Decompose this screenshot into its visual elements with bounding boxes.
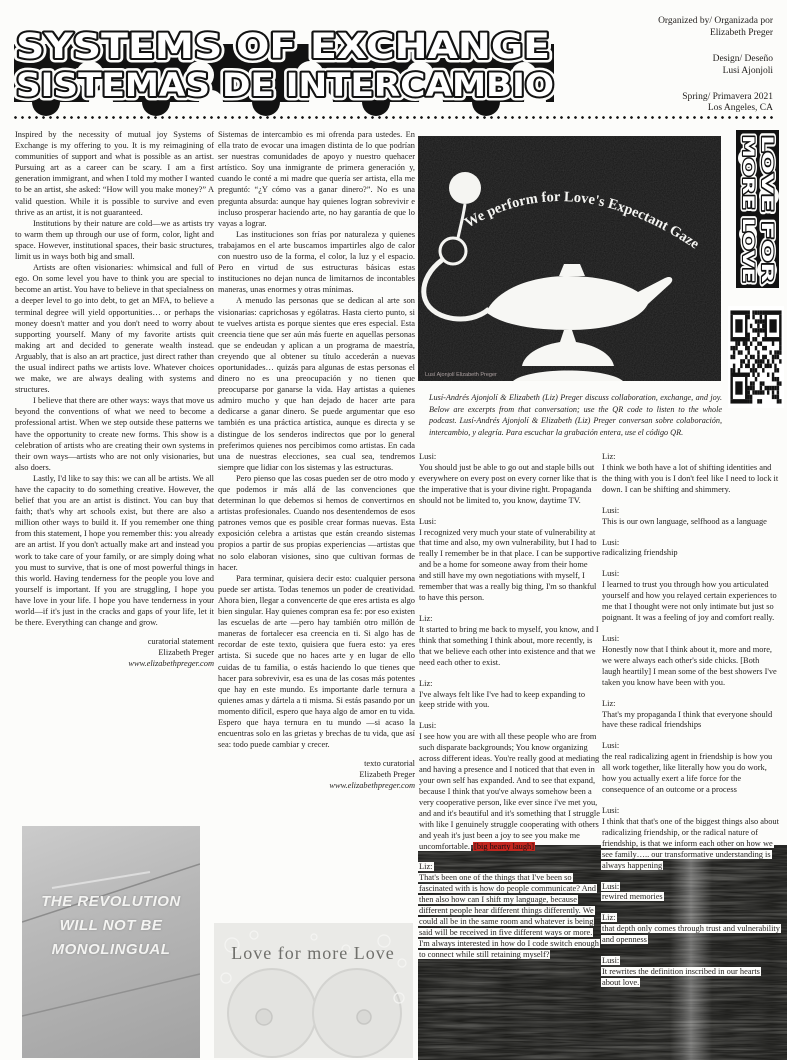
masthead-organized: Organized by/ Organizada por Elizabeth P… xyxy=(543,16,773,40)
statement-spanish-column: Sistemas de intercambio es mi ofrenda pa… xyxy=(218,129,415,792)
masthead: Organized by/ Organizada por Elizabeth P… xyxy=(543,16,773,129)
revolution-text-line: WILL NOT BE xyxy=(22,914,200,938)
signoff-english: curatorial statement Elizabeth Preger ww… xyxy=(15,636,214,669)
statement-english-column: Inspired by the necessity of mutual joy … xyxy=(15,129,214,670)
speaker-label: Lusi: xyxy=(601,806,780,817)
masthead-date-place: Spring/ Primavera 2021 Los Angeles, CA xyxy=(543,92,773,116)
interview-text: Honestly now that I think about it, more… xyxy=(601,645,780,689)
statement-es-paragraph: A menudo las personas que se dedican al … xyxy=(218,295,415,473)
interview-entry: Liz:It started to bring me back to mysel… xyxy=(418,614,601,669)
interview-text: radicalizing friendship xyxy=(601,548,780,559)
red-highlight-text: [big hearty laugh] xyxy=(473,842,535,851)
artwork-caption: Lusí-Andrés Ajonjolí & Elizabeth (Liz) P… xyxy=(429,392,722,439)
interview-text: That's my propaganda I think that everyo… xyxy=(601,710,780,732)
page: Organized by/ Organizada por Elizabeth P… xyxy=(0,0,787,1060)
statement-en-paragraph: Inspired by the necessity of mutual joy … xyxy=(15,129,214,218)
signoff-url: www.elizabethpreger.com xyxy=(15,658,214,669)
interview-text: I think we both have a lot of shifting i… xyxy=(601,463,780,496)
lamp-art: We perform for Love's Expectant Gaze Lus… xyxy=(418,136,721,381)
interview-text: I see how you are with all these people … xyxy=(418,732,601,852)
speaker-label: Liz: xyxy=(418,679,601,690)
speaker-label: Lusi: xyxy=(601,882,780,893)
love-photo-text: Love for more Love xyxy=(231,943,394,963)
statement-es-paragraph: Sistemas de intercambio es mi ofrenda pa… xyxy=(218,129,415,229)
interview-entry: Lusi:Honestly now that I think about it,… xyxy=(601,634,780,689)
interview-text: That's been one of the things that I've … xyxy=(418,873,601,960)
signoff-label: curatorial statement xyxy=(15,636,214,647)
speaker-label: Lusi: xyxy=(601,506,780,517)
interview-entry: Liz:I've always felt like I've had to ke… xyxy=(418,679,601,712)
interview-text: This is our own language, selfhood as a … xyxy=(601,517,780,528)
dotted-divider xyxy=(12,115,775,120)
speaker-label: Lusi: xyxy=(418,721,601,732)
signoff-name: Elizabeth Preger xyxy=(218,769,415,780)
love-line1: LOVE FOR xyxy=(758,135,777,283)
interview-entry: Lusi:You should just be able to go out a… xyxy=(418,452,601,507)
interview-text: I recognized very much your state of vul… xyxy=(418,528,601,604)
speaker-label: Liz: xyxy=(601,913,780,924)
interview-column-1: Lusi:You should just be able to go out a… xyxy=(418,452,601,971)
interview-entry: Lusi:radicalizing friendship xyxy=(601,538,780,560)
interview-entry: Liz:That's my propaganda I think that ev… xyxy=(601,699,780,732)
statement-es-paragraph: Para terminar, quisiera decir esto: cual… xyxy=(218,573,415,751)
interview-text: rewired memories xyxy=(601,892,780,903)
interview-text: I've always felt like I've had to keep e… xyxy=(418,690,601,712)
interview-entry: Lusi:I learned to trust you through how … xyxy=(601,569,780,624)
design-name: Lusi Ajonjoli xyxy=(543,66,773,78)
statement-en-paragraph: Artists are often visionaries: whimsical… xyxy=(15,262,214,395)
masthead-design: Design/ Deseño Lusi Ajonjoli xyxy=(543,54,773,78)
revolution-photo: THE REVOLUTIONWILL NOT BEMONOLINGUAL xyxy=(22,826,200,1058)
interview-text: You should just be able to go out and st… xyxy=(418,463,601,507)
interview-text: the real radicalizing agent in friendshi… xyxy=(601,752,780,796)
interview-entry: Liz:That's been one of the things that I… xyxy=(418,862,601,960)
speaker-label: Lusi: xyxy=(601,956,780,967)
revolution-text-line: MONOLINGUAL xyxy=(22,938,200,962)
design-label: Design/ Deseño xyxy=(543,54,773,66)
speaker-label: Lusi: xyxy=(601,538,780,549)
love-photo: Love for more Love xyxy=(214,923,413,1058)
interview-text: I learned to trust you through how you a… xyxy=(601,580,780,624)
interview-entry: Liz:I think we both have a lot of shifti… xyxy=(601,452,780,496)
statement-en-paragraph: Institutions by their nature are cold—we… xyxy=(15,218,214,262)
organized-name: Elizabeth Preger xyxy=(543,28,773,40)
city: Los Angeles, CA xyxy=(543,103,773,115)
love-banner-art: LOVE FOR LOVE FOR MORE LOVE MORE LOVE xyxy=(736,130,779,288)
speaker-label: Lusi: xyxy=(601,569,780,580)
qr-code xyxy=(728,306,784,408)
revolution-text: THE REVOLUTIONWILL NOT BEMONOLINGUAL xyxy=(22,890,200,962)
interview-entry: Lusi:I think that that's one of the bigg… xyxy=(601,806,780,872)
interview-entry: Liz:that depth only comes through trust … xyxy=(601,913,780,946)
title-block: SYSTEMS OF EXCHANGE SYSTEMS OF EXCHANGE … xyxy=(10,20,558,120)
statement-en-paragraph: Lastly, I'd like to say this: we can all… xyxy=(15,473,214,628)
lamp-artwork-image: We perform for Love's Expectant Gaze Lus… xyxy=(418,136,721,381)
balloon-shape xyxy=(449,172,481,204)
love-for-more-love-banner: LOVE FOR LOVE FOR MORE LOVE MORE LOVE xyxy=(736,130,779,288)
season: Spring/ Primavera 2021 xyxy=(543,92,773,104)
revolution-text-line: THE REVOLUTION xyxy=(22,890,200,914)
signoff-url: www.elizabethpreger.com xyxy=(218,780,415,791)
speaker-label: Lusi: xyxy=(601,634,780,645)
speaker-label: Lusi: xyxy=(418,517,601,528)
speaker-label: Liz: xyxy=(418,614,601,625)
title-art: SYSTEMS OF EXCHANGE SYSTEMS OF EXCHANGE … xyxy=(10,20,558,120)
statement-en-paragraph: I believe that there are other ways: way… xyxy=(15,395,214,473)
signoff-name: Elizabeth Preger xyxy=(15,647,214,658)
organized-label: Organized by/ Organizada por xyxy=(543,16,773,28)
interview-column-2: Liz:I think we both have a lot of shifti… xyxy=(601,452,780,999)
interview-entry: Lusi:It rewrites the definition inscribe… xyxy=(601,956,780,989)
statement-es-paragraph: Pero pienso que las cosas pueden ser de … xyxy=(218,473,415,573)
interview-text: It started to bring me back to myself, y… xyxy=(418,625,601,669)
signoff-label: texto curatorial xyxy=(218,758,415,769)
speaker-label: Liz: xyxy=(601,452,780,463)
interview-text: I think that that's one of the biggest t… xyxy=(601,817,780,872)
interview-text: that depth only comes through trust and … xyxy=(601,924,780,946)
title-line2: SISTEMAS DE INTERCAMBIO xyxy=(16,66,554,104)
interview-entry: Lusi:This is our own language, selfhood … xyxy=(601,506,780,528)
title-line1: SYSTEMS OF EXCHANGE xyxy=(16,27,550,67)
interview-entry: Lusi:rewired memories xyxy=(601,882,780,904)
speaker-label: Lusi: xyxy=(418,452,601,463)
artwork-credit: Lusí Ajonjolí Elizabeth Preger xyxy=(425,372,497,378)
interview-entry: Lusi:I see how you are with all these pe… xyxy=(418,721,601,852)
interview-entry: Lusi:I recognized very much your state o… xyxy=(418,517,601,604)
love-line2: MORE LOVE xyxy=(739,135,758,283)
interview-entry: Lusi:the real radicalizing agent in frie… xyxy=(601,741,780,796)
speaker-label: Liz: xyxy=(601,699,780,710)
bubbles-art: Love for more Love xyxy=(214,923,413,1058)
signoff-spanish: texto curatorial Elizabeth Preger www.el… xyxy=(218,758,415,791)
statement-es-paragraph: Las instituciones son frías por naturale… xyxy=(218,229,415,296)
speaker-label: Lusi: xyxy=(601,741,780,752)
interview-text: It rewrites the definition inscribed in … xyxy=(601,967,780,989)
qr-art xyxy=(728,306,784,408)
speaker-label: Liz: xyxy=(418,862,601,873)
